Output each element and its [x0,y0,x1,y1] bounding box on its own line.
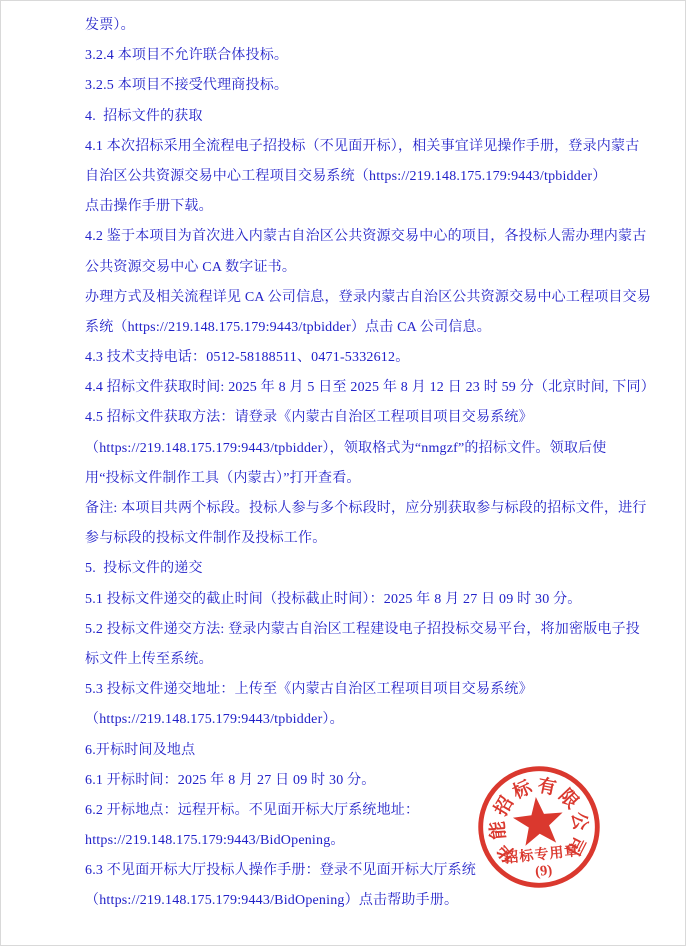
document-text: 发票）。 3.2.4 本项目不允许联合体投标。 3.2.5 本项目不接受代理商投… [85,11,655,917]
doc-line: 备注: 本项目共两个标段。投标人参与多个标段时，应分别获取参与标段的招标文件，进… [85,494,655,524]
doc-line: 6.3 不见面开标大厅投标人操作手册：登录不见面开标大厅系统 [85,856,655,886]
doc-line: （https://219.148.175.179:9443/BidOpening… [85,886,655,916]
doc-line-section-heading: 4. 招标文件的获取 [85,102,655,132]
doc-line: 点击操作手册下载。 [85,192,655,222]
doc-line: 6.2 开标地点：远程开标。不见面开标大厅系统地址： [85,796,655,826]
doc-line: 参与标段的投标文件制作及投标工作。 [85,524,655,554]
doc-line: 4.4 招标文件获取时间: 2025 年 8 月 5 日至 2025 年 8 月… [85,373,655,403]
doc-line: 6.1 开标时间：2025 年 8 月 27 日 09 时 30 分。 [85,766,655,796]
doc-line: 发票）。 [85,11,655,41]
doc-line: 4.5 招标文件获取方法：请登录《内蒙古自治区工程项目项目交易系统》 [85,403,655,433]
doc-line: 4.1 本次招标采用全流程电子招投标（不见面开标），相关事宜详见操作手册，登录内… [85,132,655,162]
doc-line: 4.2 鉴于本项目为首次进入内蒙古自治区公共资源交易中心的项目，各投标人需办理内… [85,222,655,252]
doc-line: 自治区公共资源交易中心工程项目交易系统（https://219.148.175.… [85,162,655,192]
doc-line-section-heading: 6.开标时间及地点 [85,736,655,766]
doc-line: （https://219.148.175.179:9443/tpbidder）。 [85,705,655,735]
doc-line: 办理方式及相关流程详见 CA 公司信息，登录内蒙古自治区公共资源交易中心工程项目… [85,283,655,313]
doc-line: 5.1 投标文件递交的截止时间（投标截止时间）：2025 年 8 月 27 日 … [85,585,655,615]
doc-line: https://219.148.175.179:9443/BidOpening。 [85,826,655,856]
doc-line: 标文件上传至系统。 [85,645,655,675]
doc-line: 5.2 投标文件递交方法: 登录内蒙古自治区工程建设电子招投标交易平台，将加密版… [85,615,655,645]
doc-line: （https://219.148.175.179:9443/tpbidder），… [85,434,655,464]
doc-line: 3.2.4 本项目不允许联合体投标。 [85,41,655,71]
doc-line: 系统（https://219.148.175.179:9443/tpbidder… [85,313,655,343]
doc-line: 用“投标文件制作工具（内蒙古）”打开查看。 [85,464,655,494]
doc-line: 4.3 技术支持电话：0512-58188511、0471-5332612。 [85,343,655,373]
doc-line: 3.2.5 本项目不接受代理商投标。 [85,71,655,101]
doc-line: 公共资源交易中心 CA 数字证书。 [85,253,655,283]
doc-line-section-heading: 5. 投标文件的递交 [85,554,655,584]
document-page: 发票）。 3.2.4 本项目不允许联合体投标。 3.2.5 本项目不接受代理商投… [0,0,686,946]
doc-line: 5.3 投标文件递交地址：上传至《内蒙古自治区工程项目项目交易系统》 [85,675,655,705]
